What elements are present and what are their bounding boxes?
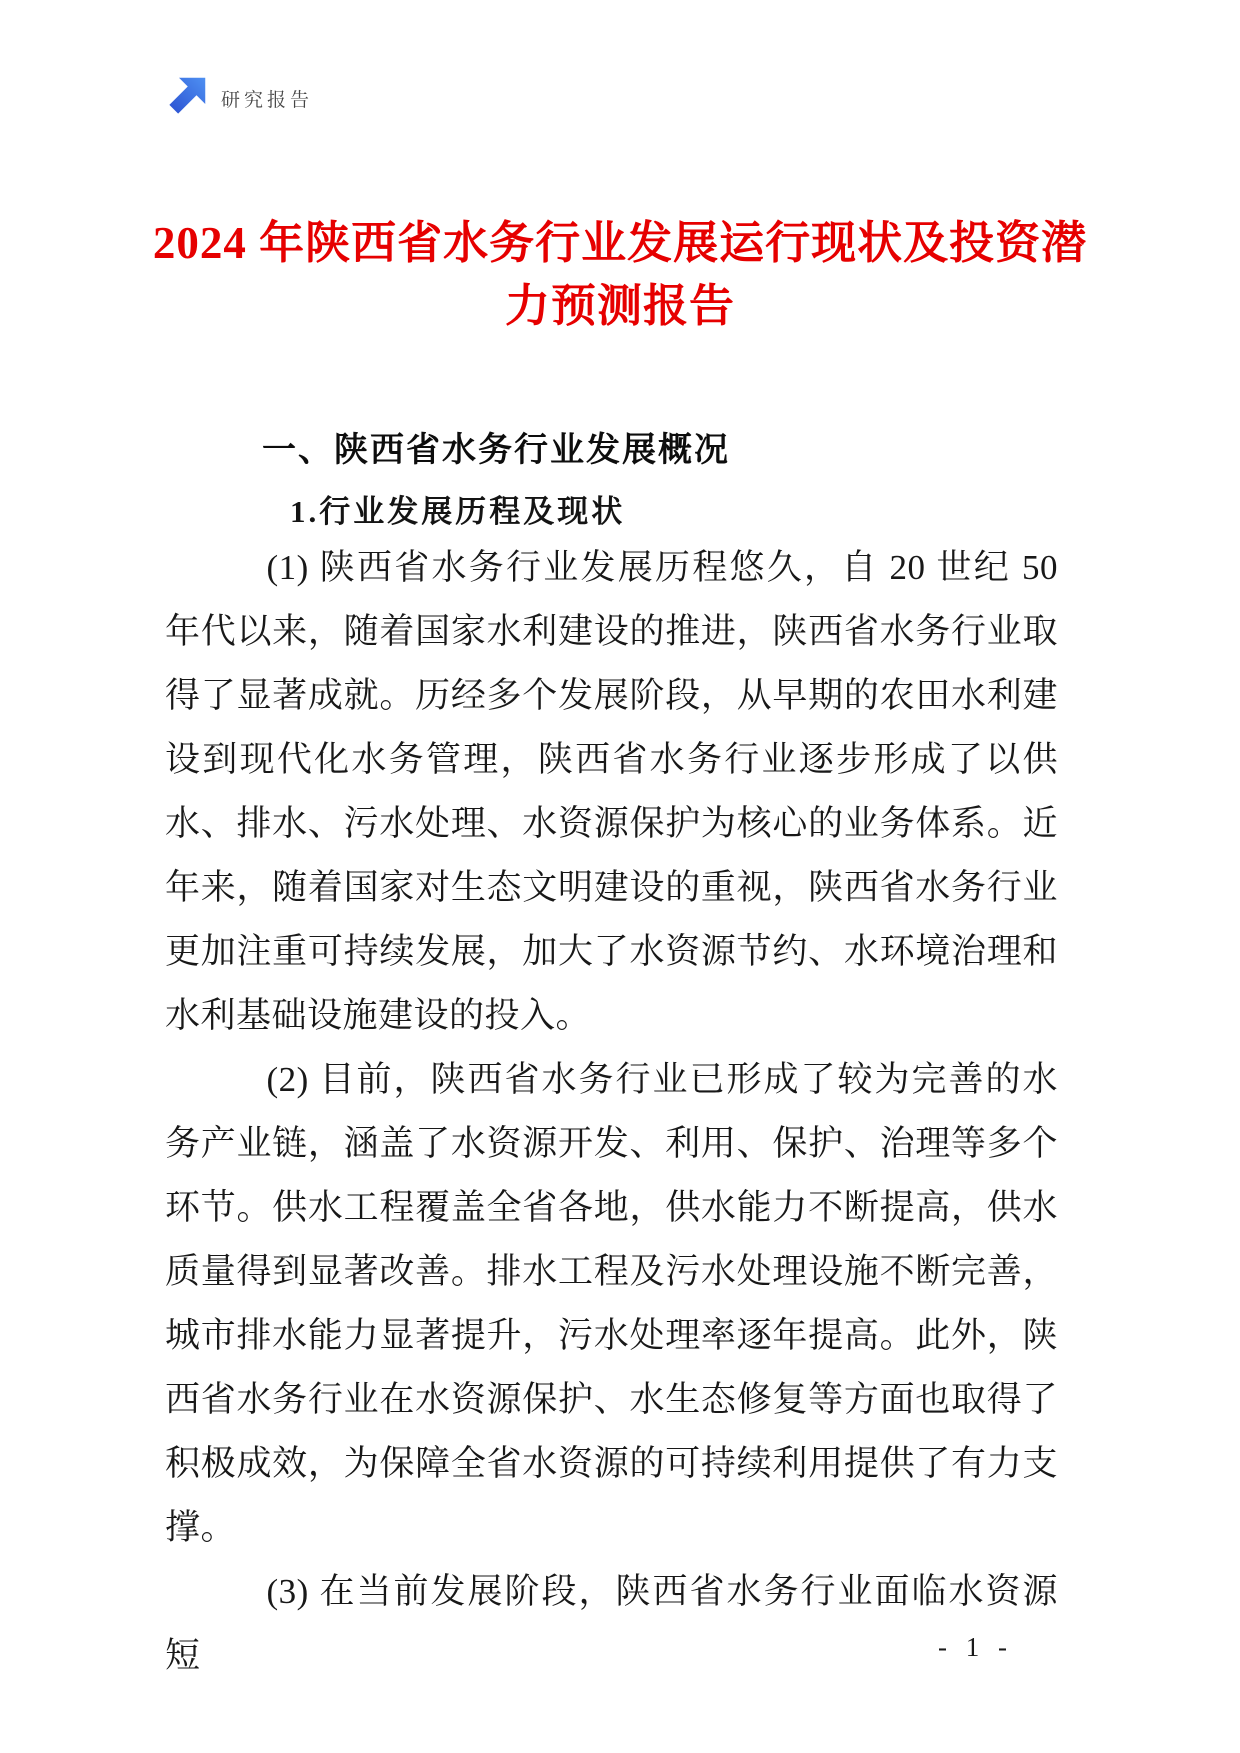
paragraph-3: (3) 在当前发展阶段，陕西省水务行业面临水资源短	[165, 1560, 1058, 1688]
page-number: - 1 -	[938, 1632, 1013, 1663]
document-body: (1) 陕西省水务行业发展历程悠久，自 20 世纪 50 年代以来，随着国家水利…	[165, 536, 1058, 1688]
paragraph-2: (2) 目前，陕西省水务行业已形成了较为完善的水务产业链，涵盖了水资源开发、利用…	[165, 1048, 1058, 1560]
arrow-up-right-icon	[165, 76, 207, 118]
report-brand: 研究报告	[165, 76, 313, 118]
report-title: 2024 年陕西省水务行业发展运行现状及投资潜力预测报告	[150, 212, 1090, 338]
section-heading: 一、陕西省水务行业发展概况	[262, 422, 730, 471]
report-page: 研究报告 2024 年陕西省水务行业发展运行现状及投资潜力预测报告 一、陕西省水…	[0, 0, 1240, 1753]
paragraph-1: (1) 陕西省水务行业发展历程悠久，自 20 世纪 50 年代以来，随着国家水利…	[165, 536, 1058, 1048]
logo-text: 研究报告	[221, 83, 313, 112]
subsection-heading: 1.行业发展历程及现状	[290, 486, 625, 531]
